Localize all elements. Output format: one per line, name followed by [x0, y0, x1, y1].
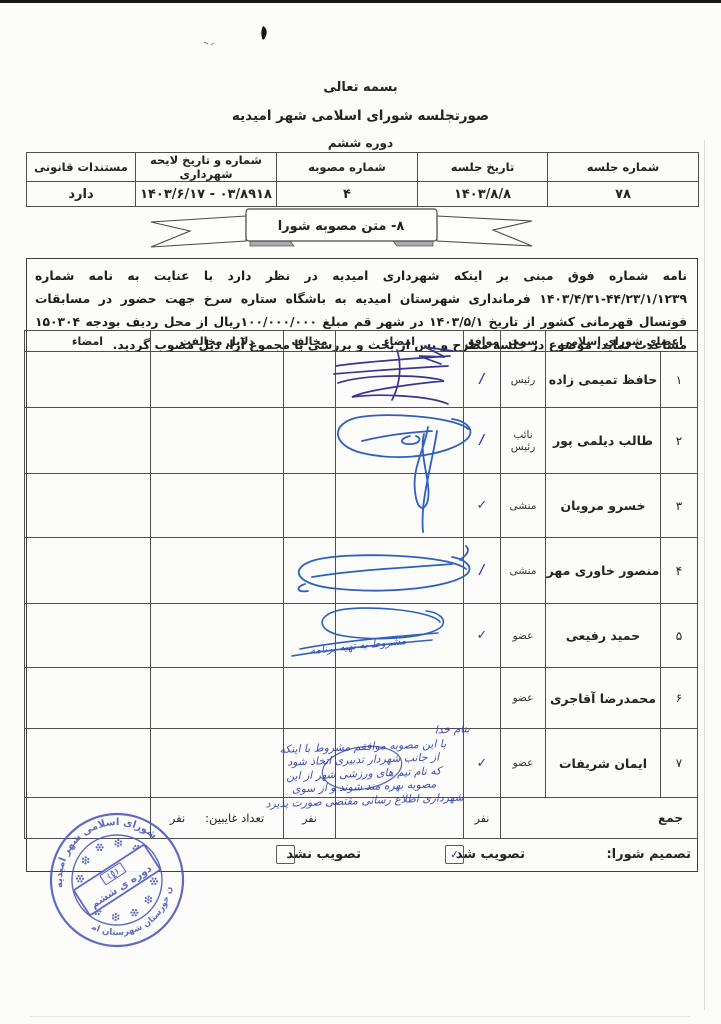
member-role: عضو: [501, 668, 546, 729]
decision-label: تصمیم شورا:: [606, 847, 691, 862]
agree-mark: ✓: [464, 604, 501, 668]
header-session-date: تاریخ جلسه: [418, 153, 548, 182]
header-resolution-number: شماره مصوبه: [277, 153, 418, 182]
member-role: نائب رئیس: [501, 408, 546, 474]
signature2-cell: [25, 352, 151, 408]
rejected-label: تصویب نشد: [286, 847, 361, 862]
header-bill-number-date: شماره و تاریخ لایحه شهرداری: [136, 153, 277, 182]
signature-cell: [336, 352, 464, 408]
signature2-cell: [25, 408, 151, 474]
approved-label: تصویب شد: [456, 847, 525, 862]
against-cell: [284, 352, 336, 408]
member-row: ۲ طالب دیلمی پور نائب رئیس /: [25, 408, 698, 474]
absent-label: تعداد غایبین:: [205, 811, 264, 825]
header-legal-docs: مستندات قانونی: [27, 153, 136, 182]
agree-mark: /: [464, 538, 501, 604]
info-header-row: شماره جلسه تاریخ جلسه شماره مصوبه شماره …: [27, 153, 699, 182]
member-row: ۴ منصور خاوری مهر منشی /: [25, 538, 698, 604]
handwritten-member-note: بنام خدا با این مصوبه موافقم مشروط با ای…: [255, 722, 473, 811]
member-row: ۶ محمدرضا آقاجری عضو: [25, 668, 698, 729]
rejected-checkbox[interactable]: [276, 845, 295, 864]
member-role: عضو: [501, 604, 546, 668]
member-role: منشی: [501, 474, 546, 538]
header-signature: امضاء: [336, 331, 464, 352]
member-name: حمید رفیعی: [546, 604, 661, 668]
agree-mark: [464, 668, 501, 729]
member-no: ۴: [661, 538, 698, 604]
member-no: ۶: [661, 668, 698, 729]
stray-ink-mark: [261, 26, 266, 40]
scan-bottom-edge: [30, 1016, 690, 1017]
member-name: حافظ تمیمی زاده: [546, 352, 661, 408]
signature-cell: [336, 668, 464, 729]
header-against-reasons: دلایل مخالفت: [151, 331, 284, 352]
member-row: ۵ حمید رفیعی عضو ✓: [25, 604, 698, 668]
against-cell: [284, 668, 336, 729]
value-session-number: ۷۸: [548, 182, 699, 207]
header-role: سمت: [501, 331, 546, 352]
members-header-row: اعضای شورای اسلامی سمت موافق امضاء مخالف…: [25, 331, 698, 352]
agree-mark: /: [464, 352, 501, 408]
member-role: رئیس: [501, 352, 546, 408]
member-no: ۲: [661, 408, 698, 474]
signature2-cell: [25, 538, 151, 604]
against-reason-cell: [151, 408, 284, 474]
resolution-body-text: نامه شماره فوق مبنی بر اینکه شهرداری امی…: [25, 259, 697, 330]
scan-top-edge: [0, 0, 721, 3]
banner-title: ۸- متن مصوبه شورا: [278, 219, 405, 234]
member-row: ۳ خسرو مرویان منشی ✓: [25, 474, 698, 538]
term-label: دوره ششم: [0, 136, 721, 150]
member-no: ۳: [661, 474, 698, 538]
against-reason-cell: [151, 604, 284, 668]
signature2-cell: [25, 668, 151, 729]
header-session-number: شماره جلسه: [548, 153, 699, 182]
signature2-cell: [25, 729, 151, 798]
header-signature-2: امضاء: [25, 331, 151, 352]
ribbon-right-tail: [437, 216, 532, 246]
against-reason-cell: [151, 538, 284, 604]
signature2-total-cell: [25, 798, 151, 839]
member-no: ۱: [661, 352, 698, 408]
member-row: ۱ حافظ تمیمی زاده رئیس /: [25, 352, 698, 408]
session-info-table: شماره جلسه تاریخ جلسه شماره مصوبه شماره …: [26, 152, 699, 207]
scanned-council-minutes-page: بسمه تعالی صورتجلسه شورای اسلامی شهر امی…: [0, 0, 721, 1024]
bismillah-text: بسمه تعالی: [0, 80, 721, 95]
absent-unit: نفر: [170, 811, 185, 825]
against-reason-cell: [151, 474, 284, 538]
member-name: طالب دیلمی پور: [546, 408, 661, 474]
value-legal-docs: دارد: [27, 182, 136, 207]
council-decision-row: تصمیم شورا: تصویب شد ✓ تصویب نشد: [25, 838, 697, 872]
against-cell: [284, 408, 336, 474]
ribbon-left-fold: [250, 241, 294, 246]
member-no: ۵: [661, 604, 698, 668]
page-title: صورتجلسه شورای اسلامی شهر امیدیه: [0, 108, 721, 124]
faint-scan-specks: [204, 42, 214, 45]
total-label: جمع: [501, 798, 698, 839]
member-name: منصور خاوری مهر: [546, 538, 661, 604]
agree-mark: /: [464, 408, 501, 474]
ribbon-left-tail: [151, 216, 246, 247]
member-role: منشی: [501, 538, 546, 604]
member-role: عضو: [501, 729, 546, 798]
signature2-cell: [25, 604, 151, 668]
against-cell: [284, 538, 336, 604]
member-name: خسرو مرویان: [546, 474, 661, 538]
against-reason-cell: [151, 352, 284, 408]
member-name: ایمان شریفات: [546, 729, 661, 798]
header-agree: موافق: [464, 331, 501, 352]
member-no: ۷: [661, 729, 698, 798]
resolution-banner-ribbon: ۸- متن مصوبه شورا: [140, 203, 540, 253]
ribbon-right-fold: [393, 241, 433, 246]
against-cell: [284, 474, 336, 538]
scan-right-edge: [704, 140, 705, 1010]
against-reason-cell: [151, 668, 284, 729]
approved-checkbox[interactable]: ✓: [445, 845, 464, 864]
signature2-cell: [25, 474, 151, 538]
signature-cell: [336, 408, 464, 474]
header-against: مخالف: [284, 331, 336, 352]
header-members: اعضای شورای اسلامی: [546, 331, 698, 352]
signature-cell: [336, 474, 464, 538]
member-name: محمدرضا آقاجری: [546, 668, 661, 729]
approved-check-mark: ✓: [449, 848, 460, 862]
agree-mark: ✓: [464, 474, 501, 538]
signature-cell: [336, 538, 464, 604]
